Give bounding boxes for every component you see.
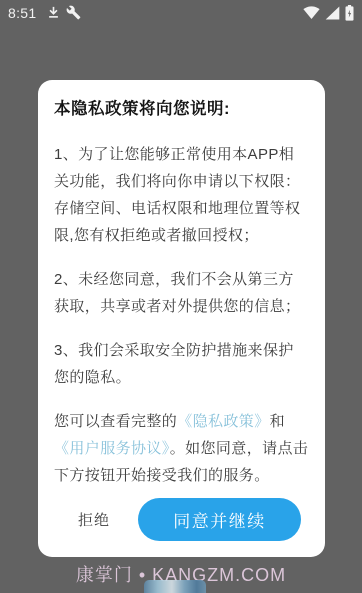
security-paragraph: 3、我们会采取安全防护措施来保护您的隐私。 xyxy=(54,337,309,391)
dialog-button-row: 拒绝 同意并继续 xyxy=(54,498,309,541)
reject-button[interactable]: 拒绝 xyxy=(78,509,110,530)
agree-continue-button[interactable]: 同意并继续 xyxy=(138,498,301,541)
third-party-paragraph: 2、未经您同意，我们不会从第三方获取，共享或者对外提供您的信息； xyxy=(54,266,309,320)
agreements-conjunction-text: 和 xyxy=(270,413,285,430)
background-photo-fragment xyxy=(144,580,206,593)
status-time: 8:51 xyxy=(8,5,36,21)
status-bar: 8:51 xyxy=(0,0,362,25)
wifi-icon xyxy=(303,6,320,20)
privacy-policy-link[interactable]: 《隐私政策》 xyxy=(177,413,269,430)
permissions-paragraph: 1、为了让您能够正常使用本APP相关功能，我们将向你申请以下权限：存储空间、电话… xyxy=(54,141,309,249)
status-right-icons xyxy=(303,5,354,21)
agreements-paragraph: 您可以查看完整的《隐私政策》和《用户服务协议》。如您同意，请点击下方按钮开始接受… xyxy=(54,408,309,489)
battery-charging-icon xyxy=(345,5,354,21)
agreements-prefix-text: 您可以查看完整的 xyxy=(54,413,177,430)
screen: 8:51 xyxy=(0,0,362,593)
privacy-policy-dialog: 本隐私政策将向您说明: 1、为了让您能够正常使用本APP相关功能，我们将向你申请… xyxy=(38,80,325,557)
status-left-icons xyxy=(46,5,81,20)
wrench-icon xyxy=(66,5,81,20)
dialog-title: 本隐私政策将向您说明: xyxy=(54,95,309,119)
user-service-agreement-link[interactable]: 《用户服务协议》 xyxy=(54,440,170,457)
cellular-signal-icon xyxy=(325,6,340,20)
download-icon xyxy=(46,5,61,20)
